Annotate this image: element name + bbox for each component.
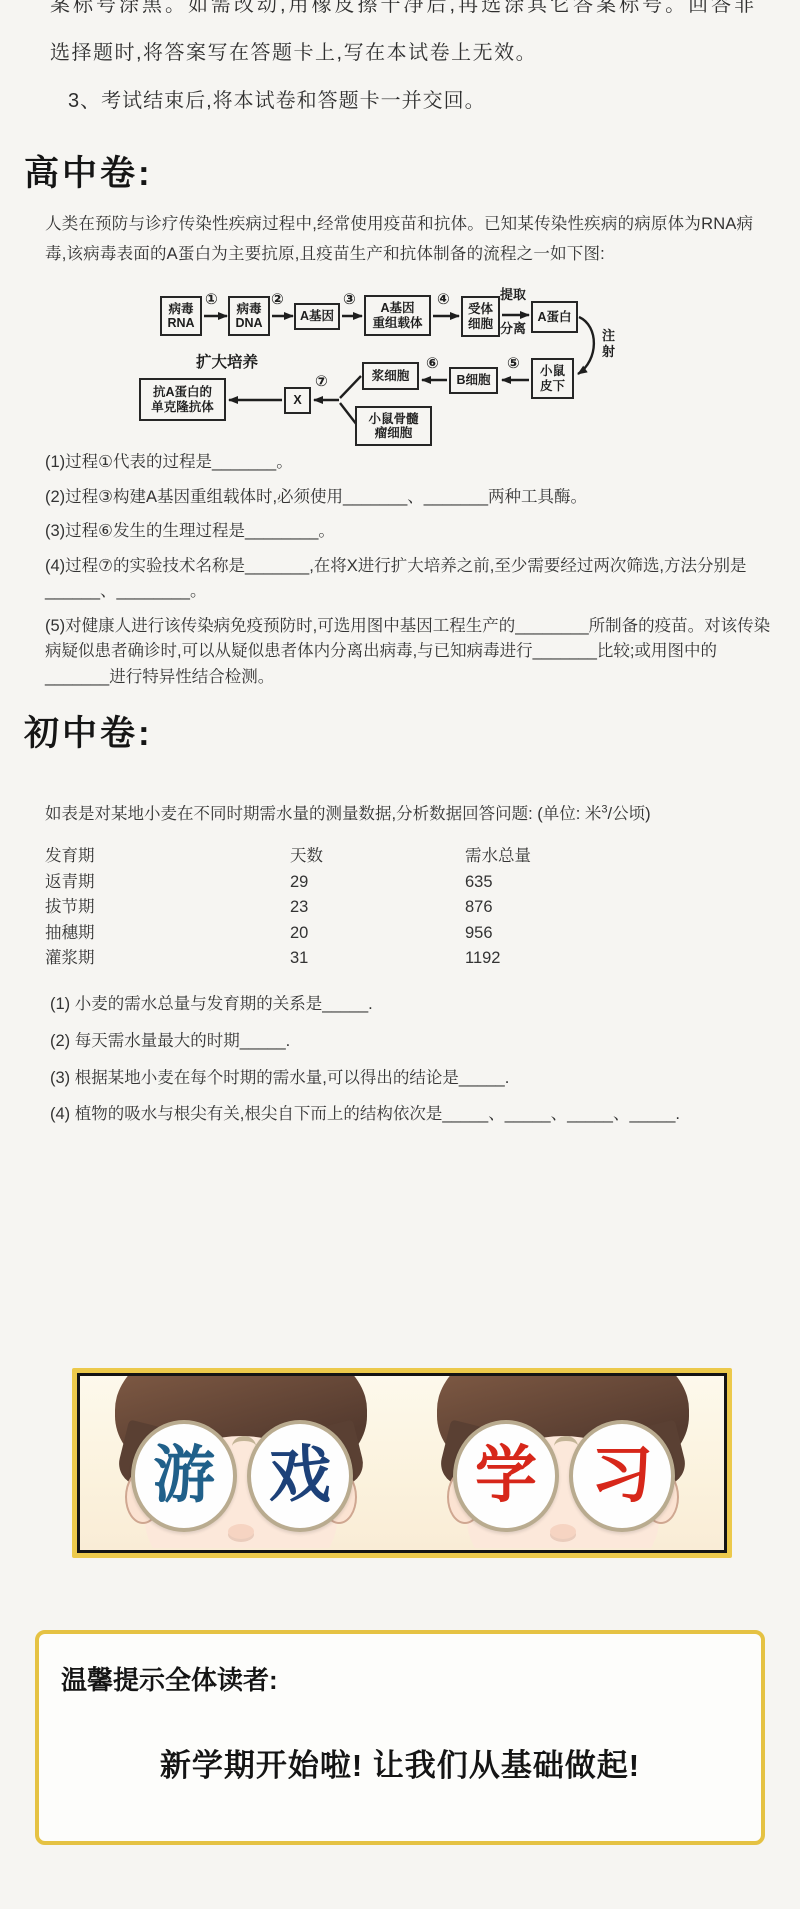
table-cell-days: 20: [290, 921, 465, 947]
left-face-illustration: 游 戏: [85, 1376, 397, 1548]
glasses-lens-right: 戏: [247, 1420, 353, 1532]
lens-char-xi-study: 习: [591, 1445, 653, 1507]
nose-shape: [228, 1524, 254, 1539]
vaccine-antibody-flowchart: 病毒 RNA 病毒 DNA A基因 A基因 重组载体 受体 细胞 A蛋白 小鼠 …: [0, 288, 800, 463]
step-5-label: ⑤: [507, 354, 520, 372]
node-virus-rna: 病毒 RNA: [160, 296, 202, 336]
middle-school-intro: 如表是对某地小麦在不同时期需水量的测量数据,分析数据回答问题: (单位: 米3/…: [45, 800, 767, 824]
table-cell-days: 29: [290, 870, 465, 896]
wheat-water-table: 发育期 天数 需水总量 返青期 29 635 拔节期 23 876 抽穗期 20…: [45, 844, 605, 972]
node-x-cell: X: [284, 387, 311, 414]
lens-char-you: 游: [153, 1445, 215, 1507]
lens-char-xi-game: 戏: [269, 1445, 331, 1507]
node-mouse-skin: 小鼠 皮下: [531, 358, 574, 399]
table-cell-water: 876: [465, 895, 605, 921]
ms-intro-suffix: /公顷): [608, 805, 651, 823]
node-b-cell: B细胞: [449, 367, 498, 394]
hs-question-5: (5)对健康人进行该传染病免疫预防时,可选用图中基因工程生产的________所…: [45, 614, 773, 691]
table-header-days: 天数: [290, 844, 465, 870]
table-cell-period: 拔节期: [45, 895, 290, 921]
glasses-lens-left: 学: [453, 1420, 559, 1532]
exam-page: 案标号涂黑。如需改动,用橡皮擦干净后,再选涂其它答案标号。回答非 选择题时,将答…: [0, 0, 800, 1909]
instruction-line-1: 案标号涂黑。如需改动,用橡皮擦干净后,再选涂其它答案标号。回答非: [50, 0, 757, 17]
node-virus-dna: 病毒 DNA: [228, 296, 270, 336]
instruction-line-3: 3、考试结束后,将本试卷和答题卡一并交回。: [68, 84, 486, 113]
expand-culture-label: 扩大培养: [196, 354, 258, 373]
high-school-intro: 人类在预防与诊疗传染性疾病过程中,经常使用疫苗和抗体。已知某传染性疾病的病原体为…: [45, 210, 767, 269]
node-monoclonal-antibody: 抗A蛋白的 单克隆抗体: [139, 378, 226, 421]
middle-school-questions: (1) 小麦的需水总量与发育期的关系是_____. (2) 每天需水量最大的时期…: [50, 992, 770, 1139]
glasses-bridge: [232, 1436, 256, 1457]
node-a-gene: A基因: [294, 303, 340, 330]
high-school-questions: (1)过程①代表的过程是_______。 (2)过程③构建A基因重组载体时,必须…: [45, 450, 773, 700]
table-cell-days: 23: [290, 895, 465, 921]
glasses-lens-left: 游: [131, 1420, 237, 1532]
table-cell-water: 956: [465, 921, 605, 947]
middle-school-heading: 初中卷:: [24, 706, 153, 756]
ms-question-4: (4) 植物的吸水与根尖有关,根尖自下而上的结构依次是_____、_____、_…: [50, 1102, 770, 1127]
ms-question-2: (2) 每天需水量最大的时期_____.: [50, 1029, 770, 1054]
banner-illustration: 游 戏 学 习: [72, 1368, 732, 1558]
ms-question-3: (3) 根据某地小麦在每个时期的需水量,可以得出的结论是_____.: [50, 1066, 770, 1091]
nose-shape: [550, 1524, 576, 1539]
step-1-label: ①: [205, 290, 218, 308]
notice-box: 温馨提示全体读者: 新学期开始啦! 让我们从基础做起!: [35, 1630, 765, 1845]
notice-message: 新学期开始啦! 让我们从基础做起!: [39, 1740, 761, 1785]
extract-label-top: 提取: [500, 287, 526, 303]
instruction-line-2: 选择题时,将答案写在答题卡上,写在本试卷上无效。: [50, 36, 537, 65]
node-myeloma-cell: 小鼠骨髓 瘤细胞: [355, 406, 432, 446]
hs-question-3: (3)过程⑥发生的生理过程是________。: [45, 519, 773, 545]
hs-question-4: (4)过程⑦的实验技术名称是_______,在将X进行扩大培养之前,至少需要经过…: [45, 554, 773, 605]
table-cell-period: 返青期: [45, 870, 290, 896]
high-school-heading: 高中卷:: [24, 146, 153, 196]
table-cell-water: 635: [465, 870, 605, 896]
step-2-label: ②: [271, 290, 284, 308]
table-cell-period: 灌浆期: [45, 946, 290, 972]
step-3-label: ③: [343, 290, 356, 308]
glasses-lens-right: 习: [569, 1420, 675, 1532]
inject-label: 注 射: [602, 328, 615, 359]
table-cell-period: 抽穗期: [45, 921, 290, 947]
ms-intro-prefix: 如表是对某地小麦在不同时期需水量的测量数据,分析数据回答问题: (单位: 米: [45, 805, 601, 823]
glasses-bridge: [554, 1436, 578, 1457]
notice-title: 温馨提示全体读者:: [61, 1660, 278, 1697]
table-header-period: 发育期: [45, 844, 290, 870]
hs-question-1: (1)过程①代表的过程是_______。: [45, 450, 773, 476]
extract-label-bottom: 分离: [500, 321, 526, 337]
banner-frame: 游 戏 学 习: [77, 1373, 727, 1553]
node-plasma-cell: 浆细胞: [362, 362, 419, 390]
node-receptor-cell: 受体 细胞: [461, 296, 500, 337]
node-recombinant-vector: A基因 重组载体: [364, 295, 431, 336]
node-a-protein: A蛋白: [531, 301, 578, 333]
step-7-label: ⑦: [315, 372, 328, 390]
ms-question-1: (1) 小麦的需水总量与发育期的关系是_____.: [50, 992, 770, 1017]
table-header-water: 需水总量: [465, 844, 605, 870]
step-4-label: ④: [437, 290, 450, 308]
lens-char-xue: 学: [475, 1445, 537, 1507]
table-cell-water: 1192: [465, 946, 605, 972]
table-cell-days: 31: [290, 946, 465, 972]
step-6-label: ⑥: [426, 354, 439, 372]
hs-question-2: (2)过程③构建A基因重组载体时,必须使用_______、_______两种工具…: [45, 485, 773, 511]
right-face-illustration: 学 习: [407, 1376, 719, 1548]
